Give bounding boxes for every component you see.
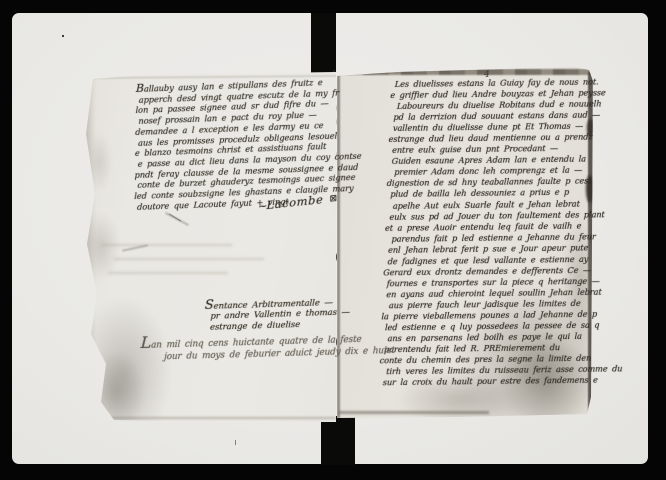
manuscript-scan: 4 Les diuelisses estans la Guiay fay de … xyxy=(0,0,666,480)
bleedthrough-mark xyxy=(108,272,228,274)
right-page-text-block: Les diuelisses estans la Guiay fay de no… xyxy=(383,76,635,388)
bleedthrough-mark xyxy=(102,244,232,246)
signature-flourish: ~ xyxy=(258,198,267,213)
bleedthrough-mark xyxy=(114,258,264,260)
dust-speck xyxy=(235,440,236,445)
act-title-annotation: Sentance Arbitramentalle —pr andre Valle… xyxy=(204,296,351,333)
dust-speck xyxy=(62,35,64,37)
binding-gutter-top-gap xyxy=(311,13,336,74)
binding-gutter-bottom-gap xyxy=(321,416,355,465)
signature-paraph: ⊠ xyxy=(330,194,338,205)
